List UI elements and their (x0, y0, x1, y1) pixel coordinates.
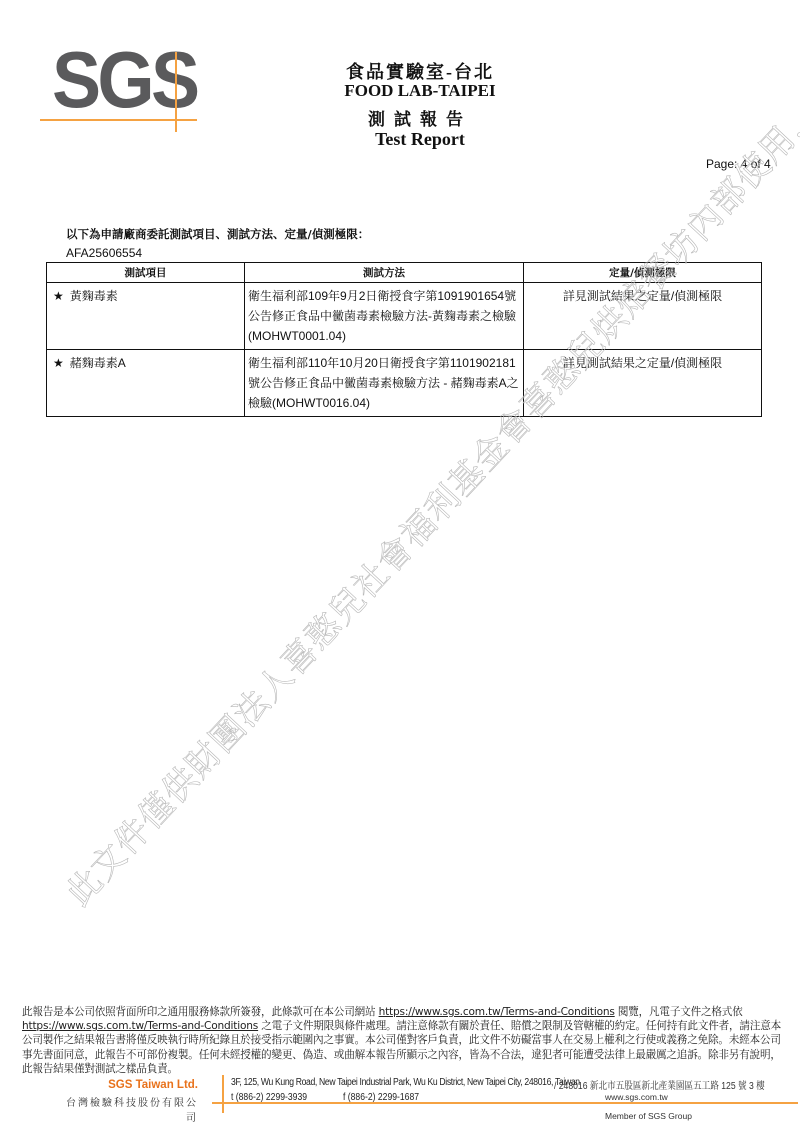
header-test-method: 測試方法 (245, 263, 524, 283)
company-name-en: SGS Taiwan Ltd. (60, 1079, 198, 1091)
footer-vertical-rule (222, 1075, 224, 1113)
test-method-cell: 衛生福利部110年10月20日衛授食字第1101902181號公告修正食品中黴菌… (245, 350, 524, 417)
lab-title-en: FOOD LAB-TAIPEI (300, 81, 540, 101)
report-title-cn: 測試報告 (300, 105, 540, 130)
address-cn: / 248016 新北市五股區新北產業園區五工路 125 號 3 樓 (554, 1077, 765, 1092)
fax: f (886-2) 2299-1687 (343, 1092, 419, 1103)
test-item-name: 黃麴毒素 (70, 289, 118, 303)
member-of-group: Member of SGS Group (605, 1111, 692, 1121)
star-icon: ★ (53, 356, 64, 370)
disclaimer-text: 此報告是本公司依照背面所印之通用服務條款所簽發，此條款可在本公司網站 (22, 1006, 379, 1018)
terms-link[interactable]: https://www.sgs.com.tw/Terms-and-Conditi… (22, 1020, 258, 1032)
logo-horizontal-rule (40, 119, 197, 121)
table-row: ★赭麴毒素A 衛生福利部110年10月20日衛授食字第1101902181號公告… (47, 350, 762, 417)
address-en: 3F, 125, Wu Kung Road, New Taipei Indust… (231, 1077, 580, 1088)
company-name-cn: 台灣檢驗科技股份有限公司 (60, 1094, 198, 1124)
report-title-en: Test Report (300, 129, 540, 150)
star-icon: ★ (53, 289, 64, 303)
legal-disclaimer: 此報告是本公司依照背面所印之通用服務條款所簽發，此條款可在本公司網站 https… (22, 1005, 782, 1076)
report-number: AFA25606554 (66, 246, 142, 260)
telephone: t (886-2) 2299-3939 (231, 1092, 307, 1103)
test-method-cell: 衛生福利部109年9月2日衛授食字第1091901654號公告修正食品中黴菌毒素… (245, 283, 524, 350)
test-item-cell: ★黃麴毒素 (47, 283, 245, 350)
intro-heading: 以下為申請廠商委託測試項目、測試方法、定量/偵測極限： (66, 226, 369, 242)
test-item-name: 赭麴毒素A (70, 356, 126, 370)
header-test-item: 測試項目 (47, 263, 245, 283)
test-item-cell: ★赭麴毒素A (47, 350, 245, 417)
disclaimer-text: 閱覽，凡電子文件之格式依 (615, 1006, 743, 1018)
website[interactable]: www.sgs.com.tw (605, 1092, 668, 1102)
terms-link[interactable]: https://www.sgs.com.tw/Terms-and-Conditi… (379, 1006, 615, 1018)
